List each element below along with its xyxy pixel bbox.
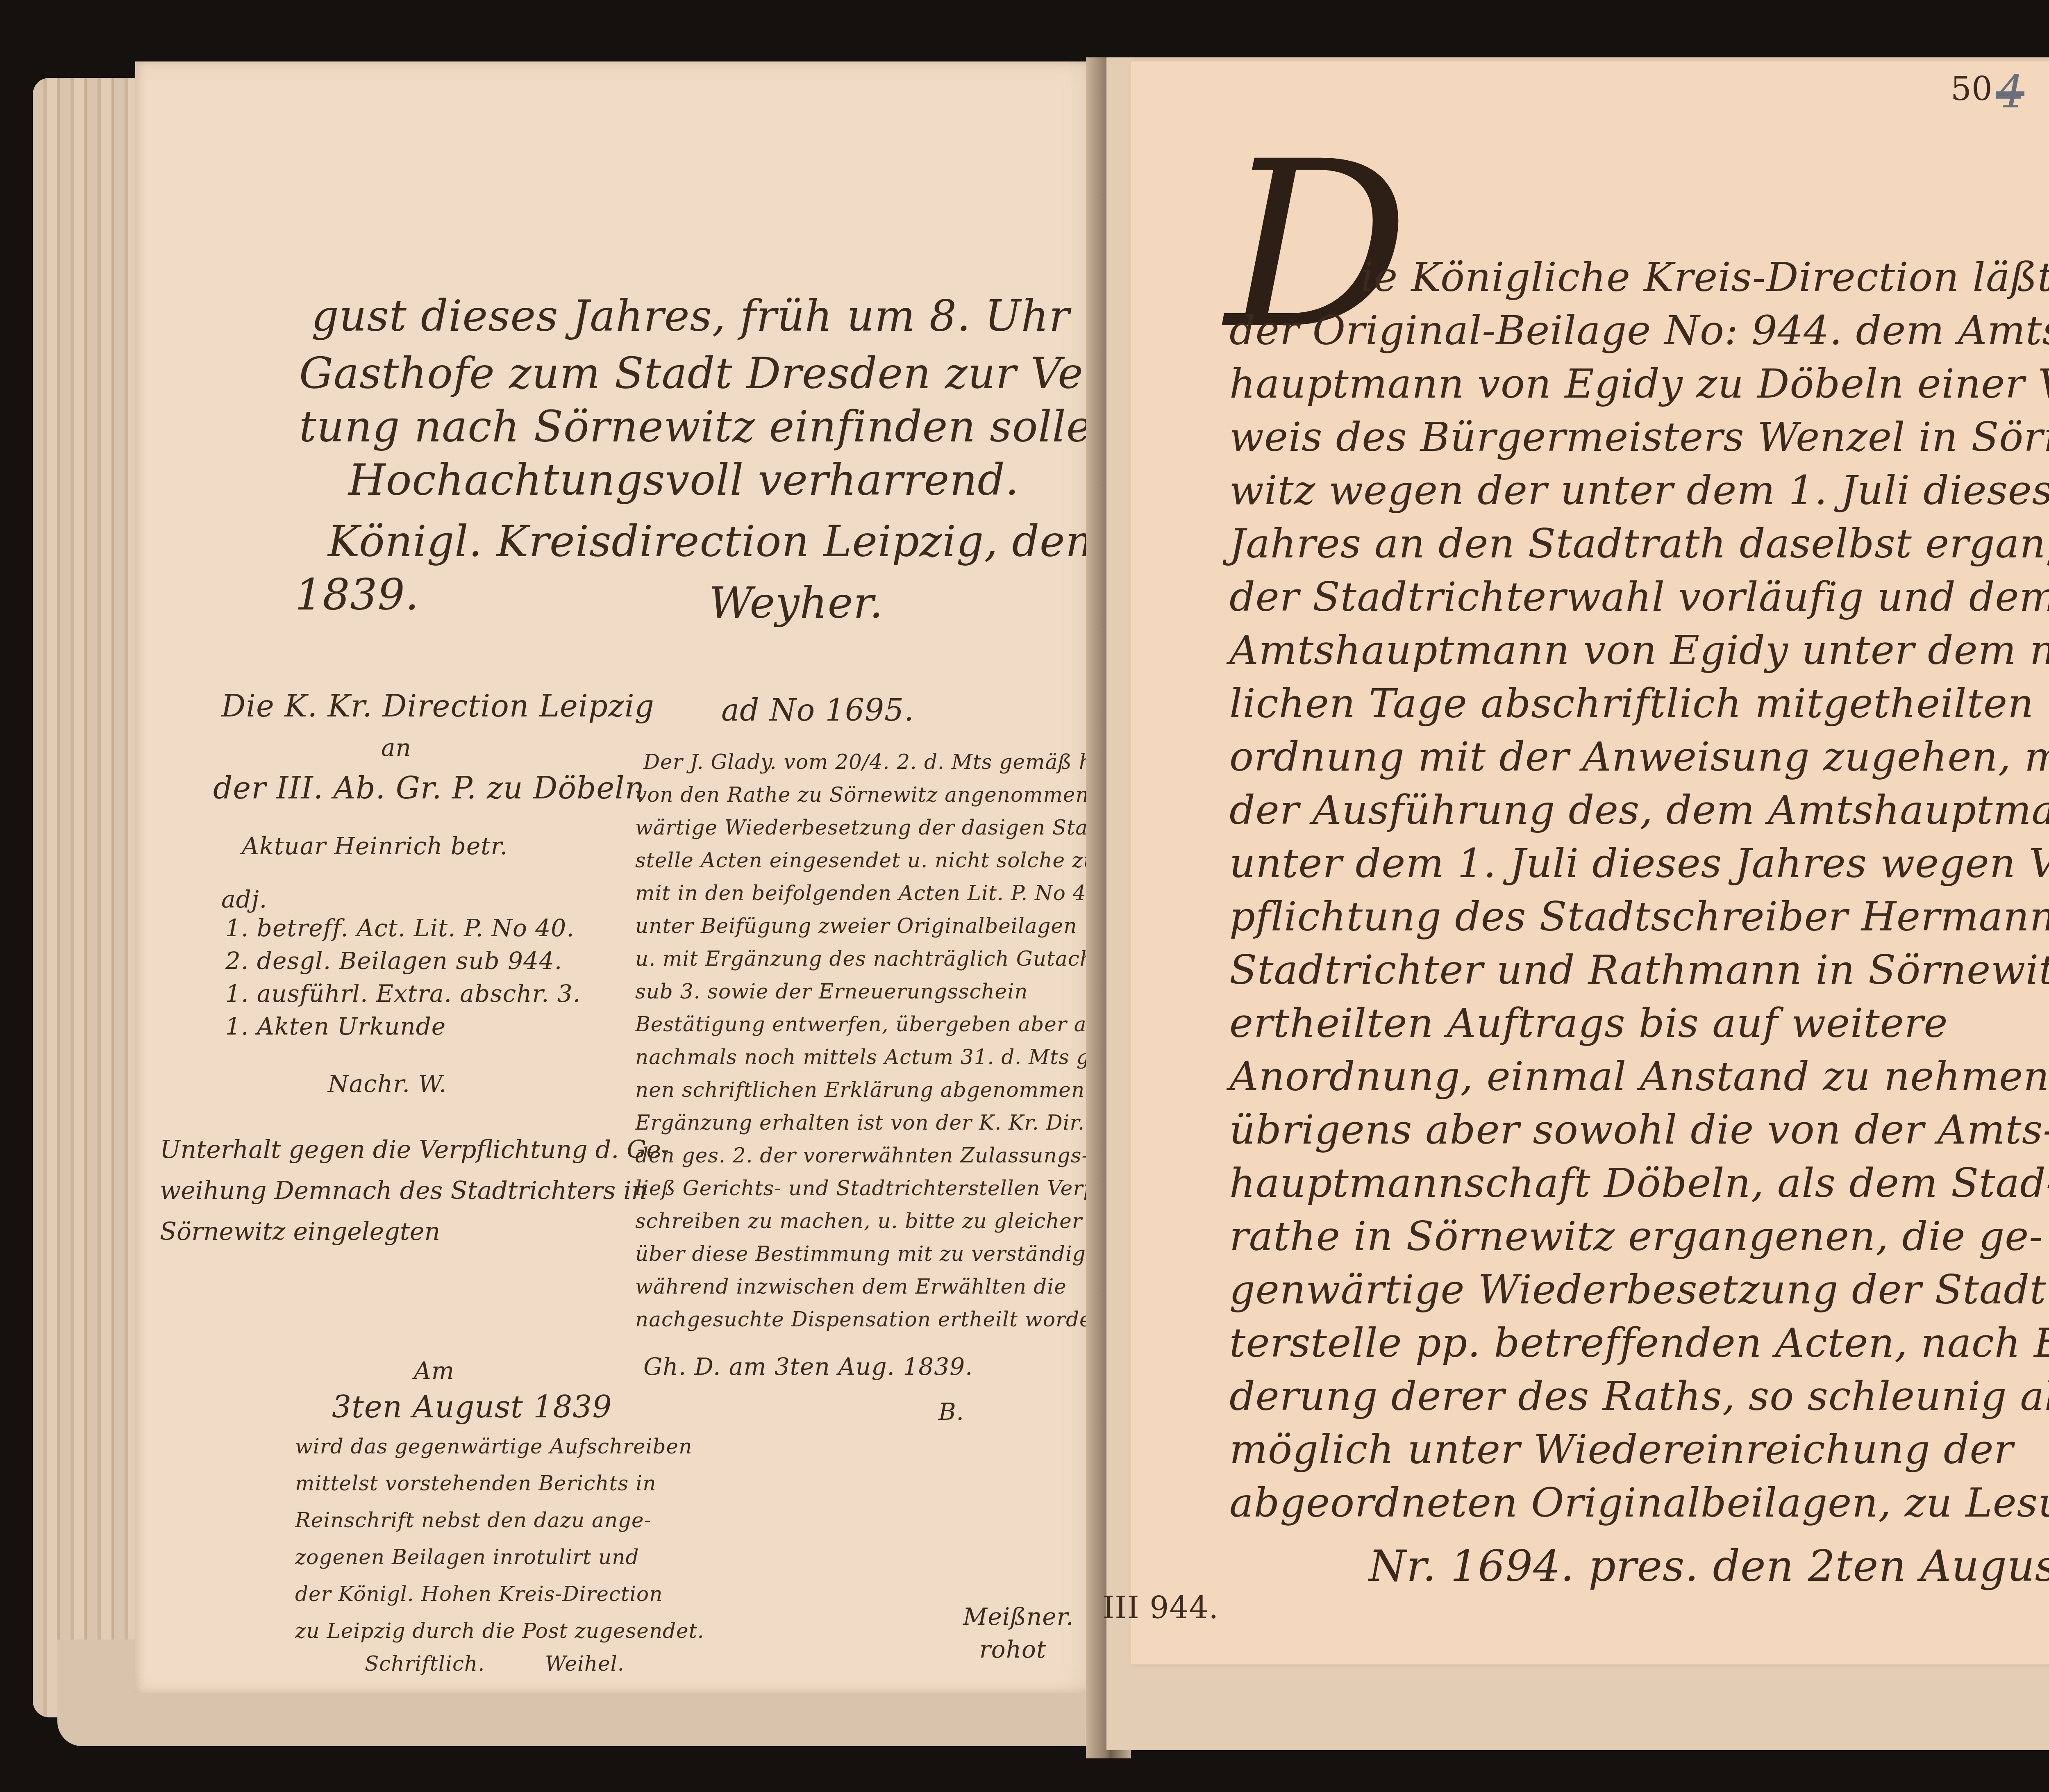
right-body-line: hauptmannschaft Döbeln, als dem Stad- [1229,1160,2049,1207]
ad-header: ad No 1695. [721,693,914,728]
right-body-line: unter dem 1. Juli dieses Jahres wegen Ve… [1229,840,2049,887]
enclosure-sign: Nachr. W. [328,1070,447,1098]
right-body-line: Anordnung, einmal Anstand zu nehmen, [1229,1053,2049,1100]
ad-body-line: stelle Acten eingesendet u. nicht solche… [635,848,1162,872]
presentation-note: Nr. 1694. pres. den 2ten August 1839. [1369,1541,2049,1591]
enclosures-label: adj. [221,885,267,913]
lower-note-line: zogenen Beilagen inrotulirt und [295,1545,639,1569]
margin-note-line: weihung Demnach des Stadtrichters in [160,1176,647,1205]
right-body-line: möglich unter Wiedereinreichung der [1229,1426,2013,1473]
right-body-line: Stadtrichter und Rathmann in Sörnewitz [1229,947,2049,994]
bottom-signature: Meißner. [963,1603,1074,1631]
lower-note-line: der Königl. Hohen Kreis-Direction [295,1582,663,1606]
ad-closing: Gh. D. am 3ten Aug. 1839. [643,1353,973,1380]
left-signature-weyher: Weyher. [709,578,884,628]
lower-note-signature: Weihel. [545,1652,625,1676]
right-inserted-sheet: 50 4 D ie Königliche Kreis-Direction läß… [1131,61,2049,1664]
enclosure-item: 1. betreff. Act. Lit. P. No 40. [225,914,575,942]
right-body-line: lichen Tage abschriftlich mitgetheilten … [1229,680,2049,727]
right-body-line: weis des Bürgermeisters Wenzel in Sörne- [1229,414,2049,461]
right-body-line: der Original-Beilage No: 944. dem Amts- [1229,307,2049,354]
ad-body-line: während inzwischen dem Erwählten die [635,1275,1067,1299]
lower-note-line: mittelst vorstehenden Berichts in [295,1471,656,1495]
right-body-line: ie Königliche Kreis-Direction läßt in [1361,254,2049,301]
left-page: gust dieses Jahres, früh um 8. Uhr in de… [135,61,1106,1693]
right-body-line: terstelle pp. betreffenden Acten, nach E… [1229,1320,2049,1367]
ad-body-line: u. mit Ergänzung des nachträglich Gutach… [635,947,1139,971]
ad-body-line: schreiben zu machen, u. bitte zu gleiche… [635,1209,1132,1233]
lower-note-heading: Am [414,1357,454,1385]
ad-body-line: unter Beifügung zweier Originalbeilagen [635,914,1077,938]
enclosure-item: 1. Akten Urkunde [225,1012,446,1040]
lower-note-signature: Schriftlich. [365,1652,485,1676]
ad-body-line: nachgesuchte Dispensation ertheilt worde… [635,1308,1146,1331]
right-body-line: ordnung mit der Anweisung zugehen, mit [1229,734,2049,780]
bottom-reference: III 944. [1102,1590,1219,1626]
margin-note-line: Sörnewitz eingelegten [160,1217,440,1246]
lower-note-line: Reinschrift nebst den dazu ange- [295,1508,652,1532]
right-body-line: Amtshauptmann von Egidy unter dem nem- [1229,627,2049,674]
right-body-line: witz wegen der unter dem 1. Juli dieses [1229,467,2049,514]
left-opening-line: Hochachtungsvoll verharrend. [348,455,1019,505]
address-line: Aktuar Heinrich betr. [242,832,508,860]
ad-initial: B. [938,1398,964,1426]
address-line: an [381,734,411,762]
ad-body-line: nen schriftlichen Erklärung abgenommen [635,1078,1085,1102]
lower-note-line: wird das gegenwärtige Aufschreiben [295,1435,692,1458]
address-line: der III. Ab. Gr. P. zu Döbeln [213,771,645,806]
folio-number: 50 [1951,70,1992,108]
right-body-line: übrigens aber sowohl die von der Amts- [1229,1107,2049,1153]
enclosure-item: 2. desgl. Beilagen sub 944. [225,947,562,975]
lower-note-date: 3ten August 1839 [332,1389,612,1425]
right-body-line: derung derer des Raths, so schleunig als [1229,1373,2049,1420]
right-body-line: hauptmann von Egidy zu Döbeln einer Ver- [1229,361,2049,407]
lower-note-line: zu Leipzig durch die Post zugesendet. [295,1619,704,1643]
ad-body-line: sub 3. sowie der Erneuerungsschein [635,980,1028,1003]
right-body-line: abgeordneten Originalbeilagen, zu Lesung [1229,1480,2049,1526]
left-closing-year: 1839. [295,570,419,620]
ad-body-line: über diese Bestimmung mit zu verständige… [635,1242,1119,1266]
enclosure-item: 1. ausführl. Extra. abschr. 3. [225,980,581,1007]
ad-body-line: mit in den beifolgenden Acten Lit. P. No… [635,881,1106,905]
right-body-line: der Ausführung des, dem Amtshauptmann [1229,787,2049,834]
right-body-line: genwärtige Wiederbesetzung der Stadtrich… [1229,1267,2049,1313]
right-body-line: Jahres an den Stadtrath daselbst ergange… [1229,521,2049,567]
right-body-line: ertheilten Auftrags bis auf weitere [1229,1000,1948,1047]
left-opening-line: tung nach Sörnewitz einfinden solle. [299,402,1106,452]
address-line: Die K. Kr. Direction Leipzig [221,689,654,724]
bottom-signature: rohot [979,1635,1046,1663]
right-body-line: pflichtung des Stadtschreiber Hermann zu… [1229,894,2049,940]
right-body-line: rathe in Sörnewitz ergangenen, die ge- [1229,1213,2043,1260]
right-body-line: der Stadtrichterwahl vorläufig und dem [1229,574,2049,621]
margin-note-line: Unterhalt gegen die Verpflichtung d. Ge- [160,1135,669,1164]
struck-pencil-number: 4 [1996,66,2024,118]
ad-body-line: Ergänzung erhalten ist von der K. Kr. Di… [635,1111,1132,1135]
